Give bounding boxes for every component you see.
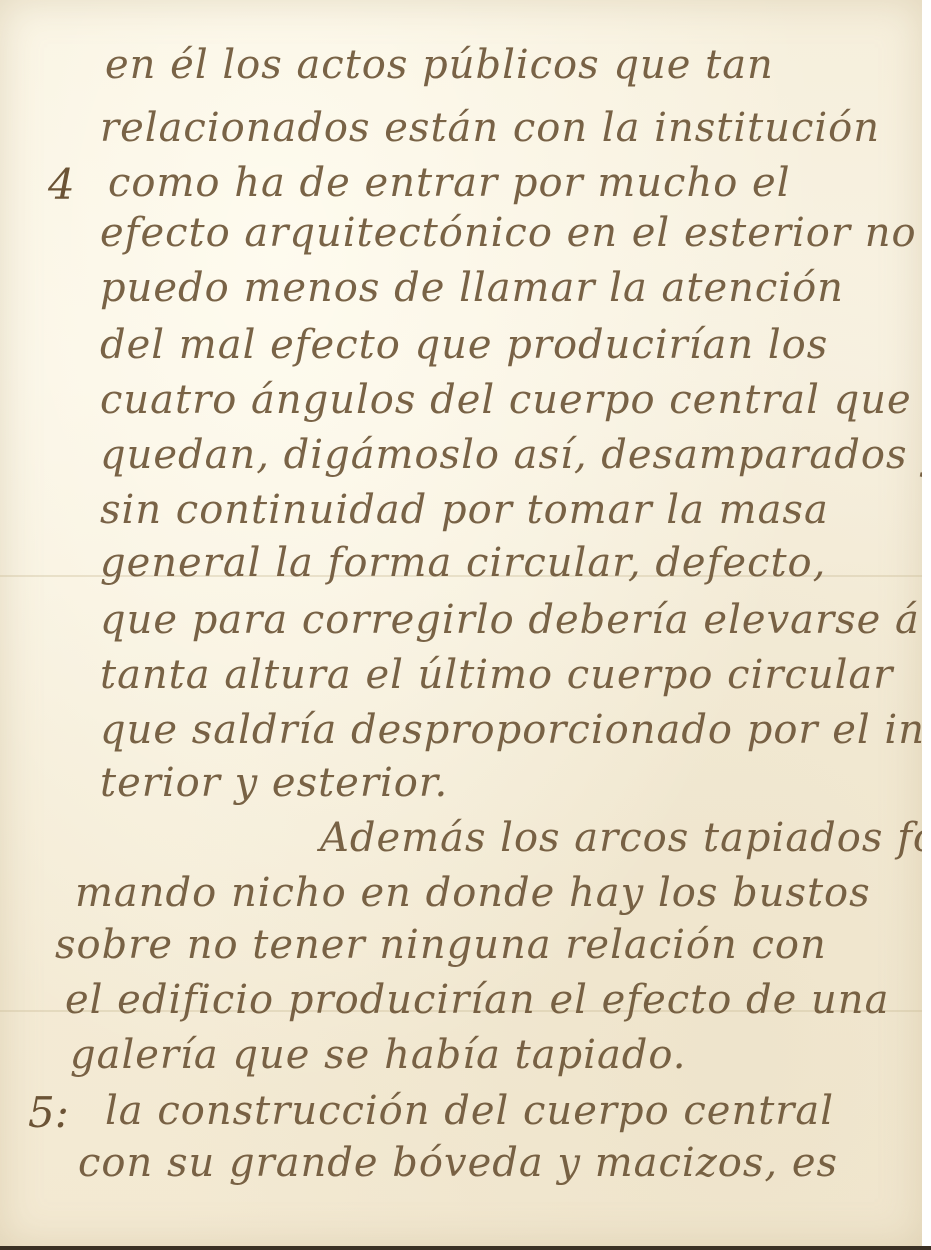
text-line: en él los actos públicos que tan	[105, 42, 774, 88]
margin-number-4: 4	[48, 160, 75, 209]
text-line: cuatro ángulos del cuerpo central que	[100, 377, 912, 423]
text-line: mando nicho en donde hay los bustos	[75, 870, 871, 916]
text-line: sin continuidad por tomar la masa	[100, 487, 829, 533]
text-line: terior y esterior.	[100, 760, 448, 806]
text-line: que para corregirlo debería elevarse á	[100, 597, 920, 643]
text-line: como ha de entrar por mucho el	[108, 160, 790, 206]
text-line: con su grande bóveda y macizos, es	[78, 1140, 838, 1186]
text-line: tanta altura el último cuerpo circular	[100, 652, 893, 698]
text-line: Además los arcos tapiados for	[320, 815, 931, 861]
text-line: relacionados están con la institución	[100, 105, 880, 151]
text-line: puedo menos de llamar la atención	[100, 265, 844, 311]
text-line: quedan, digámoslo así, desamparados y	[100, 432, 931, 478]
scan-border	[922, 0, 931, 1250]
text-line: del mal efecto que producirían los	[100, 322, 828, 368]
text-line: que saldría desproporcionado por el in-	[100, 707, 931, 753]
manuscript-page: 4 5: en él los actos públicos que tan re…	[0, 0, 922, 1246]
text-line: general la forma circular, defecto,	[100, 540, 826, 586]
text-line: la construcción del cuerpo central	[105, 1088, 834, 1134]
text-line: efecto arquitectónico en el esterior no	[100, 210, 917, 256]
scan-border	[0, 1246, 931, 1250]
text-line: sobre no tener ninguna relación con	[55, 922, 827, 968]
text-line: galería que se había tapiado.	[70, 1032, 687, 1078]
margin-number-5: 5:	[28, 1088, 69, 1137]
text-line: el edificio producirían el efecto de una	[65, 977, 889, 1023]
